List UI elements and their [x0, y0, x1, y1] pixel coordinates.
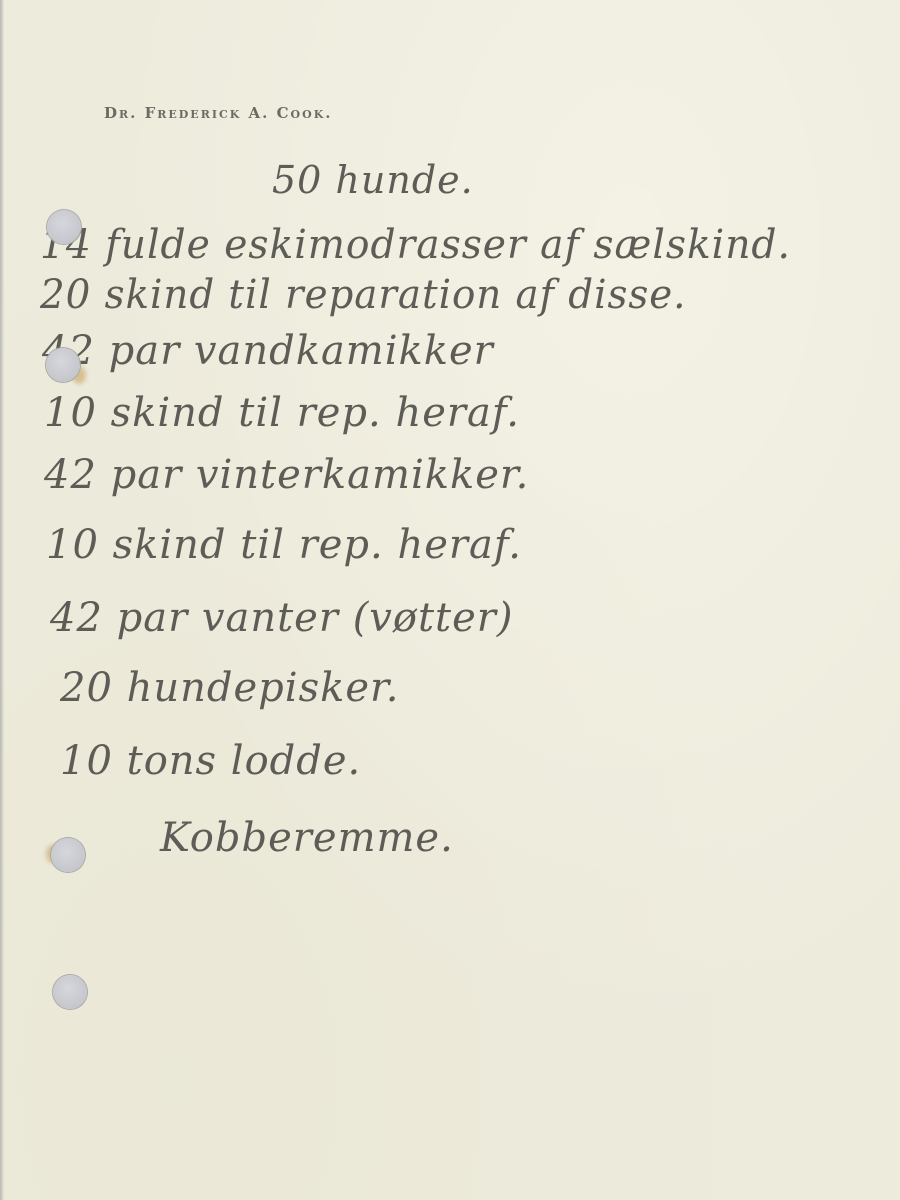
list-item: 10 skind til rep. heraf.	[46, 522, 522, 568]
list-item: 42 par vandkamikker	[42, 328, 494, 374]
list-item: 10 skind til rep. heraf.	[44, 390, 520, 436]
punch-hole	[47, 210, 81, 244]
punch-hole	[53, 975, 87, 1009]
document-page: Dr. Frederick A. Cook. 50 hunde. 14 fuld…	[0, 0, 900, 1200]
list-item: 20 hundepisker.	[60, 665, 399, 711]
list-item: Kobberemme.	[160, 815, 454, 861]
punch-hole	[46, 348, 80, 382]
punch-hole	[51, 838, 85, 872]
list-item: 14 fulde eskimodrasser af sælskind.	[40, 222, 791, 268]
list-item: 10 tons lodde.	[60, 738, 361, 784]
letterhead: Dr. Frederick A. Cook.	[104, 104, 333, 122]
list-title: 50 hunde.	[272, 158, 474, 202]
paper-edge	[0, 0, 4, 1200]
list-item: 42 par vanter (vøtter)	[50, 595, 514, 641]
list-item: 20 skind til reparation af disse.	[40, 272, 686, 318]
list-item: 42 par vinterkamikker.	[44, 452, 529, 498]
